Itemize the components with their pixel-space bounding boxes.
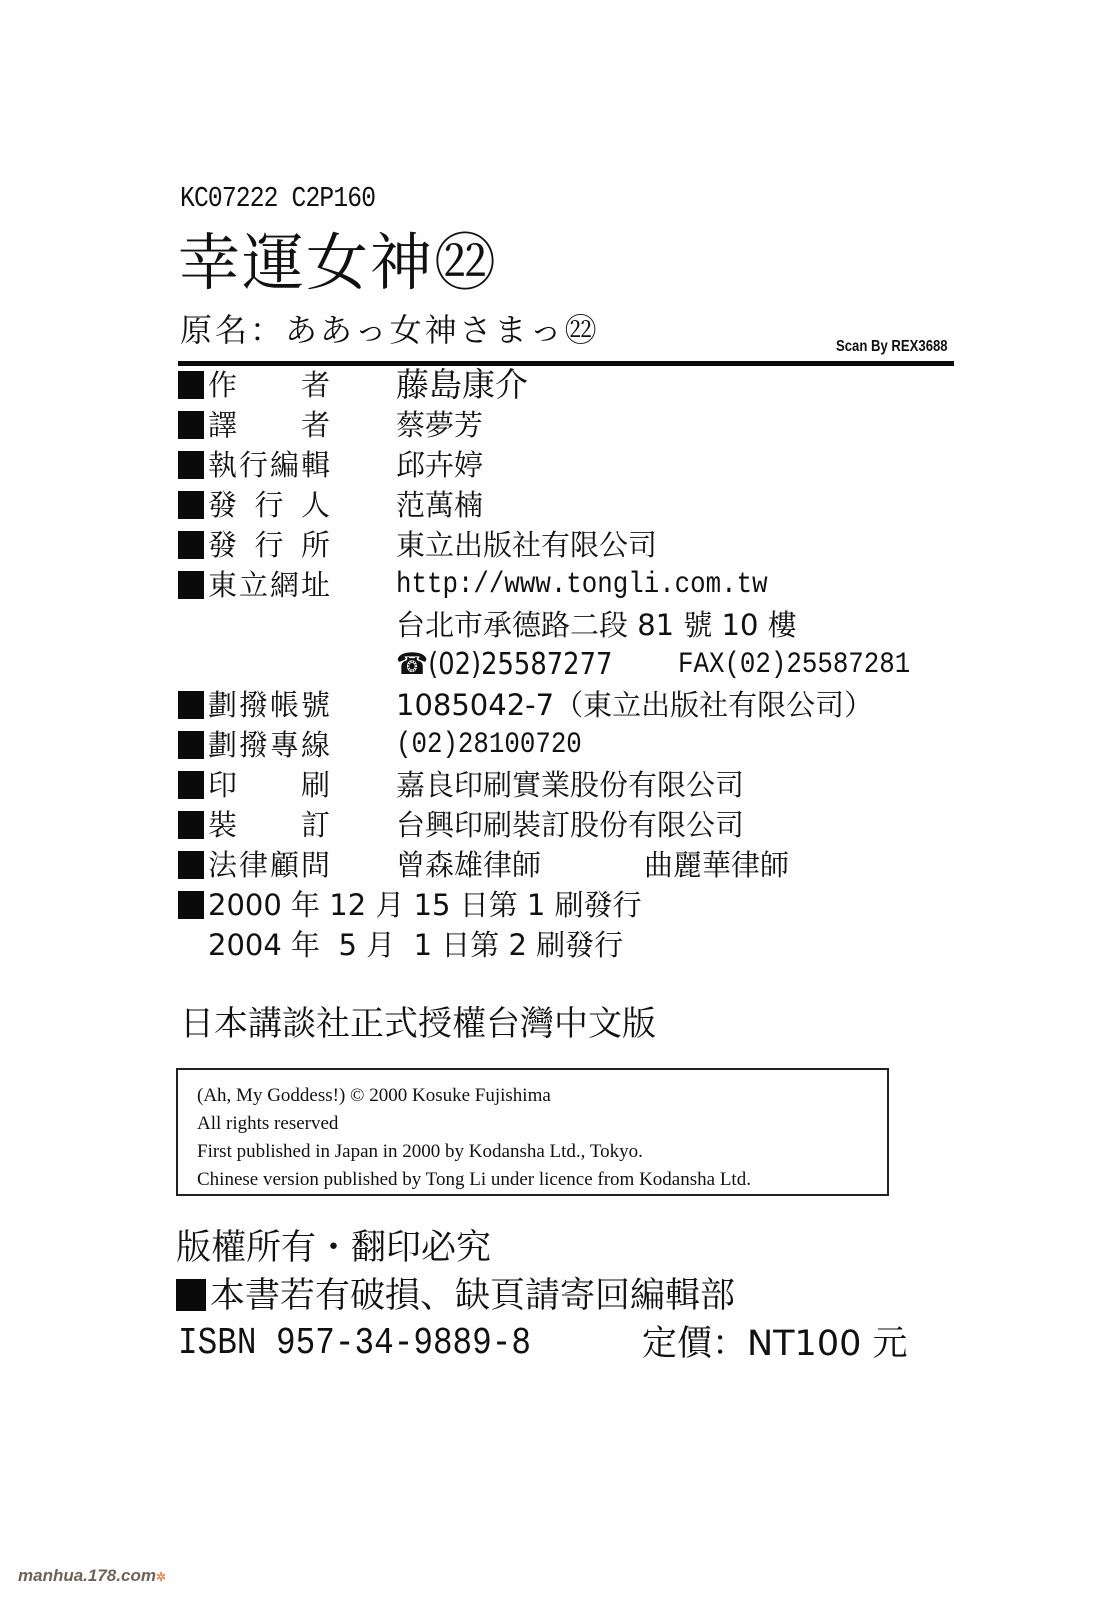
credit-row-editor: 執行編輯 邱卉婷 [178, 445, 938, 485]
bullet-square-icon [178, 491, 204, 519]
credit-row-giro-account: 劃撥帳號 1085042-7（東立出版社有限公司） [178, 685, 938, 725]
credit-row-author: 作 者 藤島康介 [178, 365, 938, 405]
copyright-line: All rights reserved [197, 1112, 338, 1136]
edition-text: 2000 年 12 月 15 日第 1 刷發行 [208, 888, 642, 922]
star-icon: ✲ [156, 1570, 166, 1584]
credit-row-translator: 譯 者 蔡夢芳 [178, 405, 938, 445]
phone-icon: ☎ [396, 647, 428, 682]
credit-label: 法律顧問 [208, 845, 330, 885]
credit-value: (02)28100720 [396, 725, 582, 765]
copyright-box: (Ah, My Goddess!) © 2000 Kosuke Fujishim… [176, 1068, 889, 1196]
credit-value: 邱卉婷 [396, 445, 483, 485]
credit-value: 范萬楠 [396, 485, 483, 525]
website-link[interactable]: http://www.tongli.com.tw [396, 565, 768, 605]
scan-credit: Scan By REX3688 [836, 338, 948, 356]
watermark-text: manhua.178.com [18, 1566, 156, 1585]
bullet-square-icon [178, 811, 204, 839]
credit-label: 劃撥專線 [208, 725, 330, 765]
bullet-square-icon [178, 451, 204, 479]
credit-label: 作 者 [208, 365, 330, 405]
credit-row-printing: 印 刷 嘉良印刷實業股份有限公司 [178, 765, 938, 805]
credit-row-legal-counsel: 法律顧問 曾森雄律師 曲麗華律師 [178, 845, 938, 885]
watermark: manhua.178.com✲ [18, 1566, 166, 1586]
credit-value: 藤島康介 [396, 365, 528, 405]
book-title: 幸運女神㉒ [178, 226, 498, 300]
rights-reserved: 版權所有・翻印必究 [176, 1226, 491, 1270]
bullet-square-icon [178, 691, 204, 719]
credit-value: 嘉良印刷實業股份有限公司 [396, 765, 744, 805]
bullet-square-icon [178, 411, 204, 439]
credit-row-website: 東立網址 http://www.tongli.com.tw [178, 565, 938, 605]
credit-label: 印 刷 [208, 765, 330, 805]
copyright-line: First published in Japan in 2000 by Koda… [197, 1140, 643, 1164]
credit-label: 執行編輯 [208, 445, 330, 485]
credit-value: 曾森雄律師 [396, 845, 541, 885]
bullet-square-icon [178, 771, 204, 799]
credit-row-giro-line: 劃撥專線 (02)28100720 [178, 725, 938, 765]
bullet-square-icon [178, 731, 204, 759]
bullet-square-icon [176, 1279, 206, 1311]
isbn: ISBN 957-34-9889-8 [178, 1322, 531, 1366]
credit-value: 蔡夢芳 [396, 405, 483, 445]
bullet-square-icon [178, 891, 204, 919]
copyright-line: (Ah, My Goddess!) © 2000 Kosuke Fujishim… [197, 1084, 551, 1108]
edition-row-second: 2004 年 5 月 1 日第 2 刷發行 [178, 925, 938, 965]
credit-label: 東立網址 [208, 565, 330, 605]
catalog-code: KC07222 C2P160 [180, 182, 375, 215]
bullet-square-icon [178, 571, 204, 599]
address-text: 台北市承德路二段 81 號 10 樓 [396, 605, 797, 645]
damage-notice: 本書若有破損、缺頁請寄回編輯部 [176, 1274, 735, 1318]
credit-row-address: 台北市承德路二段 81 號 10 樓 [178, 605, 938, 645]
credit-value-second: 曲麗華律師 [644, 845, 789, 885]
damage-notice-text: 本書若有破損、缺頁請寄回編輯部 [210, 1276, 735, 1316]
credit-label: 裝 訂 [208, 805, 330, 845]
credit-row-phone-fax: ☎(02)25587277 FAX(02)25587281 [178, 645, 938, 685]
credit-value: 台興印刷裝訂股份有限公司 [396, 805, 744, 845]
edition-row-first: 2000 年 12 月 15 日第 1 刷發行 [178, 885, 938, 925]
phone-number: (02)25587277 [428, 647, 612, 682]
fax-number: FAX(02)25587281 [678, 645, 910, 685]
bullet-square-icon [178, 531, 204, 559]
credit-row-binding: 裝 訂 台興印刷裝訂股份有限公司 [178, 805, 938, 845]
credit-row-publishing-house: 發 行 所 東立出版社有限公司 [178, 525, 938, 565]
credit-row-publisher: 發 行 人 范萬楠 [178, 485, 938, 525]
edition-text: 2004 年 5 月 1 日第 2 刷發行 [208, 925, 623, 965]
price: 定價：NT100 元 [642, 1322, 908, 1366]
credit-label: 劃撥帳號 [208, 685, 330, 725]
copyright-line: Chinese version published by Tong Li und… [197, 1168, 751, 1192]
bullet-square-icon [178, 851, 204, 879]
credit-label: 譯 者 [208, 405, 330, 445]
original-title: 原名：ああっ女神さまっ㉒ [180, 310, 600, 350]
bullet-square-icon [178, 371, 204, 399]
credit-label: 發 行 人 [208, 485, 330, 525]
credit-value: 1085042-7（東立出版社有限公司） [396, 685, 873, 725]
license-title: 日本講談社正式授權台灣中文版 [180, 1002, 656, 1046]
credit-value: 東立出版社有限公司 [396, 525, 657, 565]
credit-label: 發 行 所 [208, 525, 330, 565]
